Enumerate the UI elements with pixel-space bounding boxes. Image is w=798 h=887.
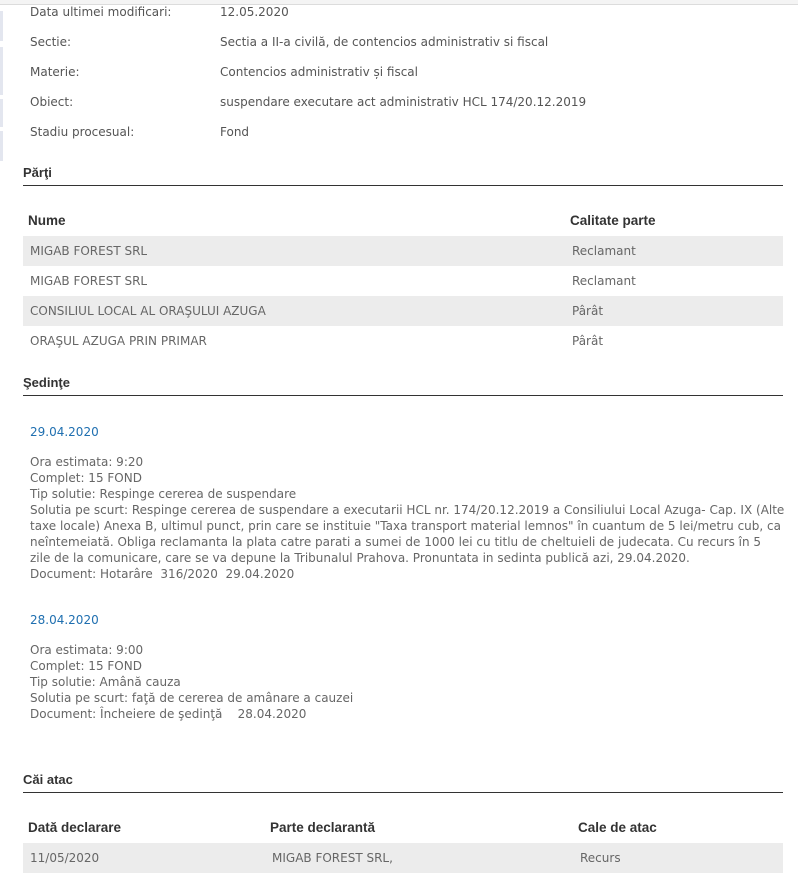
detail-label: Data ultimei modificari: (30, 2, 220, 22)
hearing-entry: 28.04.2020 Ora estimata: 9:00 Complet: 1… (30, 612, 785, 722)
column-header-name: Nume (28, 206, 66, 236)
parties-table: Nume Calitate parte MIGAB FOREST SRL Rec… (23, 206, 783, 356)
hearing-document: Document: Încheiere de şedinţă 28.04.202… (30, 706, 785, 722)
hearing-document: Document: Hotarâre 316/2020 29.04.2020 (30, 566, 785, 582)
party-name: MIGAB FOREST SRL (30, 266, 147, 296)
sidebar-tab[interactable] (0, 11, 3, 41)
table-header-row: Dată declarare Parte declarantă Cale de … (23, 813, 783, 843)
hearing-solution-summary: Solutia pe scurt: Respinge cererea de su… (30, 502, 785, 566)
appeal-type: Recurs (580, 843, 621, 873)
detail-label: Materie: (30, 62, 220, 82)
party-role: Pârât (572, 326, 603, 356)
table-row: ORAŞUL AZUGA PRIN PRIMAR Pârât (23, 326, 783, 356)
party-role: Pârât (572, 296, 603, 326)
table-row: CONSILIUL LOCAL AL ORAŞULUI AZUGA Pârât (23, 296, 783, 326)
party-role: Reclamant (572, 236, 636, 266)
detail-value: 12.05.2020 (220, 2, 289, 22)
appeal-party: MIGAB FOREST SRL, (272, 843, 393, 873)
detail-value: suspendare executare act administrativ H… (220, 92, 586, 112)
hearing-time: Ora estimata: 9:00 (30, 642, 785, 658)
detail-label: Sectie: (30, 32, 220, 52)
detail-label: Obiect: (30, 92, 220, 112)
column-header-declaration-date: Dată declarare (28, 813, 121, 843)
table-row: MIGAB FOREST SRL Reclamant (23, 266, 783, 296)
party-role: Reclamant (572, 266, 636, 296)
hearing-date-link[interactable]: 28.04.2020 (30, 612, 785, 628)
table-row: MIGAB FOREST SRL Reclamant (23, 236, 783, 266)
sidebar-tab[interactable] (0, 131, 3, 161)
hearing-solution-summary: Solutia pe scurt: faţă de cererea de amâ… (30, 690, 785, 706)
detail-value: Contencios administrativ și fiscal (220, 62, 418, 82)
column-header-role: Calitate parte (570, 206, 656, 236)
hearing-solution-type: Tip solutie: Respinge cererea de suspend… (30, 486, 785, 502)
column-header-appeal-type: Cale de atac (578, 813, 657, 843)
detail-value: Sectia a II-a civilă, de contencios admi… (220, 32, 548, 52)
party-name: CONSILIUL LOCAL AL ORAŞULUI AZUGA (30, 296, 266, 326)
table-row: 11/05/2020 MIGAB FOREST SRL, Recurs (23, 843, 783, 873)
section-header-parties: Părţi (23, 165, 783, 186)
appeals-table: Dată declarare Parte declarantă Cale de … (23, 813, 783, 873)
sidebar-tab[interactable] (0, 99, 3, 127)
section-header-appeals: Căi atac (23, 772, 783, 793)
hearing-date-link[interactable]: 29.04.2020 (30, 424, 785, 440)
section-header-hearings: Şedinţe (23, 375, 783, 396)
hearing-panel: Complet: 15 FOND (30, 658, 785, 674)
table-header-row: Nume Calitate parte (23, 206, 783, 236)
sidebar-tabs-strip (0, 5, 4, 165)
column-header-declaring-party: Parte declarantă (270, 813, 375, 843)
sidebar-tab[interactable] (0, 47, 3, 95)
appeal-date: 11/05/2020 (30, 843, 99, 873)
detail-value: Fond (220, 122, 249, 142)
hearing-panel: Complet: 15 FOND (30, 470, 785, 486)
hearing-solution-type: Tip solutie: Amână cauza (30, 674, 785, 690)
hearing-entry: 29.04.2020 Ora estimata: 9:20 Complet: 1… (30, 424, 785, 582)
detail-label: Stadiu procesual: (30, 122, 220, 142)
hearing-time: Ora estimata: 9:20 (30, 454, 785, 470)
party-name: ORAŞUL AZUGA PRIN PRIMAR (30, 326, 207, 356)
party-name: MIGAB FOREST SRL (30, 236, 147, 266)
